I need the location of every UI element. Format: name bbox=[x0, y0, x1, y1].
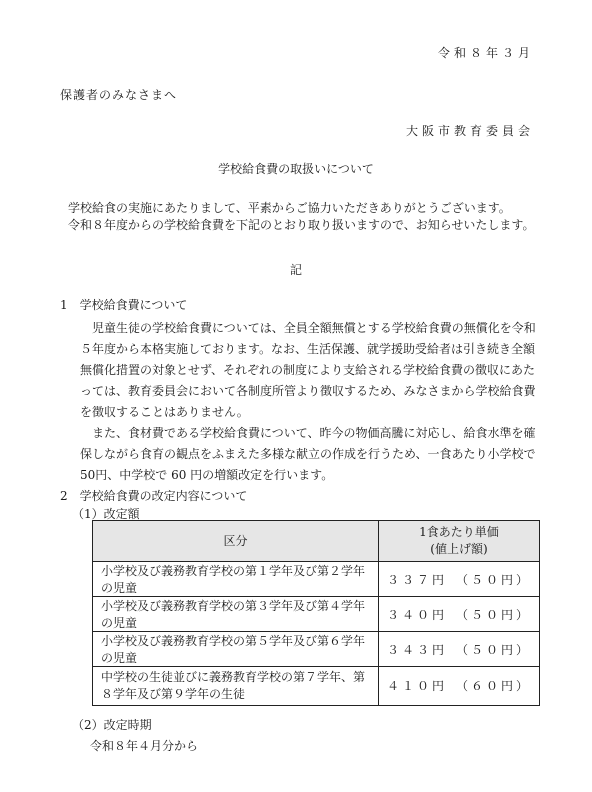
section-1-body: 児童生徒の学校給食費については、全員全額無償とする学校給食費の無償化を令和５年度… bbox=[80, 318, 540, 486]
row-category: 中学校の生徒並びに義務教育学校の第７学年、第８学年及び第９学年の生徒 bbox=[93, 667, 379, 706]
table-row: 小学校及び義務教育学校の第３学年及び第４学年の児童 ３４０円 （５０円） bbox=[93, 597, 540, 632]
subsection-revision-timing: （2）改定時期 bbox=[72, 716, 152, 733]
row-category: 小学校及び義務教育学校の第１学年及び第２学年の児童 bbox=[93, 562, 379, 597]
row-price: ３３７円 （５０円） bbox=[378, 562, 539, 597]
ki-heading: 記 bbox=[0, 261, 592, 278]
header-category: 区分 bbox=[93, 521, 379, 562]
document-title: 学校給食費の取扱いについて bbox=[0, 160, 592, 177]
document-date: 令和８年３月 bbox=[438, 44, 534, 61]
table-row: 小学校及び義務教育学校の第１学年及び第２学年の児童 ３３７円 （５０円） bbox=[93, 562, 540, 597]
intro-line: 学校給食の実施にあたりまして、平素からご協力いただきありがとうございます。 bbox=[68, 200, 534, 217]
header-price: 1食あたり単価 (値上げ額) bbox=[378, 521, 539, 562]
table-header-row: 区分 1食あたり単価 (値上げ額) bbox=[93, 521, 540, 562]
recipient-line: 保護者のみなさまへ bbox=[60, 86, 177, 103]
row-category: 小学校及び義務教育学校の第３学年及び第４学年の児童 bbox=[93, 597, 379, 632]
table-row: 小学校及び義務教育学校の第５学年及び第６学年の児童 ３４３円 （５０円） bbox=[93, 632, 540, 667]
row-price: ３４０円 （５０円） bbox=[378, 597, 539, 632]
row-price: ３４３円 （５０円） bbox=[378, 632, 539, 667]
row-category: 小学校及び義務教育学校の第５学年及び第６学年の児童 bbox=[93, 632, 379, 667]
table-row: 中学校の生徒並びに義務教育学校の第７学年、第８学年及び第９学年の生徒 ４１０円 … bbox=[93, 667, 540, 706]
section-1-heading: 1 学校給食費について bbox=[60, 296, 187, 313]
row-price: ４１０円 （６０円） bbox=[378, 667, 539, 706]
header-price-line2: (値上げ額) bbox=[387, 541, 531, 558]
section-2-heading: 2 学校給食費の改定内容について bbox=[60, 487, 247, 504]
fee-table: 区分 1食あたり単価 (値上げ額) 小学校及び義務教育学校の第１学年及び第２学年… bbox=[92, 520, 540, 706]
header-price-line1: 1食あたり単価 bbox=[387, 524, 531, 541]
revision-timing-value: 令和８年４月分から bbox=[90, 737, 198, 754]
intro-line: 令和８年度からの学校給食費を下記のとおり取り扱いますので、お知らせいたします。 bbox=[68, 217, 534, 234]
intro-text: 学校給食の実施にあたりまして、平素からご協力いただきありがとうございます。 令和… bbox=[68, 200, 534, 234]
section-1-paragraph: また、食材費である学校給食費について、昨今の物価高騰に対応し、給食水準を確保しな… bbox=[80, 423, 540, 486]
sender-name: 大阪市教育委員会 bbox=[406, 122, 534, 139]
section-1-paragraph: 児童生徒の学校給食費については、全員全額無償とする学校給食費の無償化を令和５年度… bbox=[80, 318, 540, 423]
